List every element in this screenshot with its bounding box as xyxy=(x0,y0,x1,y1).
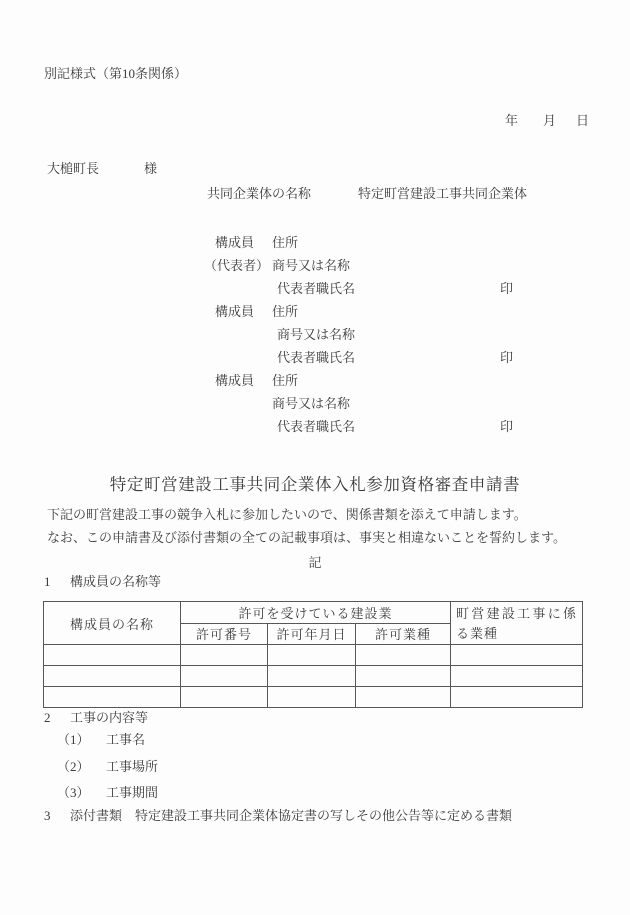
member-role: 構成員 xyxy=(215,235,254,251)
representative-label: 代表者職氏名 xyxy=(277,350,355,366)
table-cell xyxy=(451,645,583,666)
document-title: 特定町営建設工事共同企業体入札参加資格審査申請書 xyxy=(0,471,630,495)
section3-label: 添付書類 xyxy=(70,808,122,824)
table-cell xyxy=(356,687,451,708)
table-header-row-1: 構成員の名称 許可を受けている建設業 町営建設工事に係る業種 xyxy=(44,602,583,624)
table-cell xyxy=(44,687,181,708)
section3-text: 特定建設工事共同企業体協定書の写しその他公告等に定める書類 xyxy=(135,808,512,824)
address-label: 住所 xyxy=(272,304,298,320)
seal-mark: 印 xyxy=(500,281,513,297)
item-number: （3） xyxy=(57,785,90,801)
table-cell xyxy=(44,666,181,687)
form-note: 別記様式（第10条関係） xyxy=(44,66,187,82)
section3-number: 3 xyxy=(44,808,51,824)
item-number: （1） xyxy=(57,732,90,748)
members-table: 構成員の名称 許可を受けている建設業 町営建設工事に係る業種 許可番号 許可年月… xyxy=(43,601,583,708)
addressee-name: 大槌町長 xyxy=(47,161,99,177)
table-cell xyxy=(181,645,268,666)
table-cell xyxy=(181,666,268,687)
header-license-date: 許可年月日 xyxy=(268,623,356,645)
table-cell xyxy=(268,666,356,687)
record-mark: 記 xyxy=(0,552,630,571)
section1-number: 1 xyxy=(44,574,51,590)
trade-name-label: 商号又は名称 xyxy=(272,258,350,274)
representative-label: 代表者職氏名 xyxy=(277,419,355,435)
table-row xyxy=(44,645,583,666)
month-label: 月 xyxy=(543,113,556,129)
header-license-group: 許可を受けている建設業 xyxy=(181,602,451,624)
seal-mark: 印 xyxy=(500,350,513,366)
header-license-number: 許可番号 xyxy=(181,623,268,645)
table-row xyxy=(44,687,583,708)
body-paragraph-2: なお、この申請書及び添付書類の全ての記載事項は、事実と相違ないことを誓約します。 xyxy=(47,530,566,546)
section2-title: 工事の内容等 xyxy=(70,710,148,726)
jv-name-label: 共同企業体の名称 xyxy=(207,186,311,202)
table-cell xyxy=(181,687,268,708)
table-cell xyxy=(356,645,451,666)
application-form-page: 別記様式（第10条関係） 年 月 日 大槌町長 様 共同企業体の名称 特定町営建… xyxy=(0,0,630,915)
trade-name-label: 商号又は名称 xyxy=(277,327,355,343)
header-license-type: 許可業種 xyxy=(356,623,451,645)
member-role: 構成員 xyxy=(215,373,254,389)
section2-number: 2 xyxy=(44,710,51,726)
body-paragraph-1: 下記の町営建設工事の競争入札に参加したいので、関係書類を添えて申請します。 xyxy=(47,507,527,523)
header-town-works: 町営建設工事に係る業種 xyxy=(451,602,583,645)
member-role: 構成員 xyxy=(215,304,254,320)
table-cell xyxy=(356,666,451,687)
trade-name-label: 商号又は名称 xyxy=(272,396,350,412)
table-cell xyxy=(451,687,583,708)
section1-title: 構成員の名称等 xyxy=(70,574,161,590)
seal-mark: 印 xyxy=(500,419,513,435)
member-role-note: （代表者） xyxy=(204,258,269,274)
header-member-name: 構成員の名称 xyxy=(44,602,181,645)
address-label: 住所 xyxy=(272,373,298,389)
representative-label: 代表者職氏名 xyxy=(277,281,355,297)
item-label: 工事名 xyxy=(106,732,145,748)
table-row xyxy=(44,666,583,687)
table-cell xyxy=(44,645,181,666)
year-label: 年 xyxy=(505,113,518,129)
item-label: 工事期間 xyxy=(106,785,158,801)
table-cell xyxy=(268,645,356,666)
addressee-honorific: 様 xyxy=(144,161,157,177)
day-label: 日 xyxy=(576,113,589,129)
table-cell xyxy=(268,687,356,708)
table-cell xyxy=(451,666,583,687)
address-label: 住所 xyxy=(272,235,298,251)
item-label: 工事場所 xyxy=(106,759,158,775)
jv-name-value: 特定町営建設工事共同企業体 xyxy=(358,186,527,202)
item-number: （2） xyxy=(57,759,90,775)
